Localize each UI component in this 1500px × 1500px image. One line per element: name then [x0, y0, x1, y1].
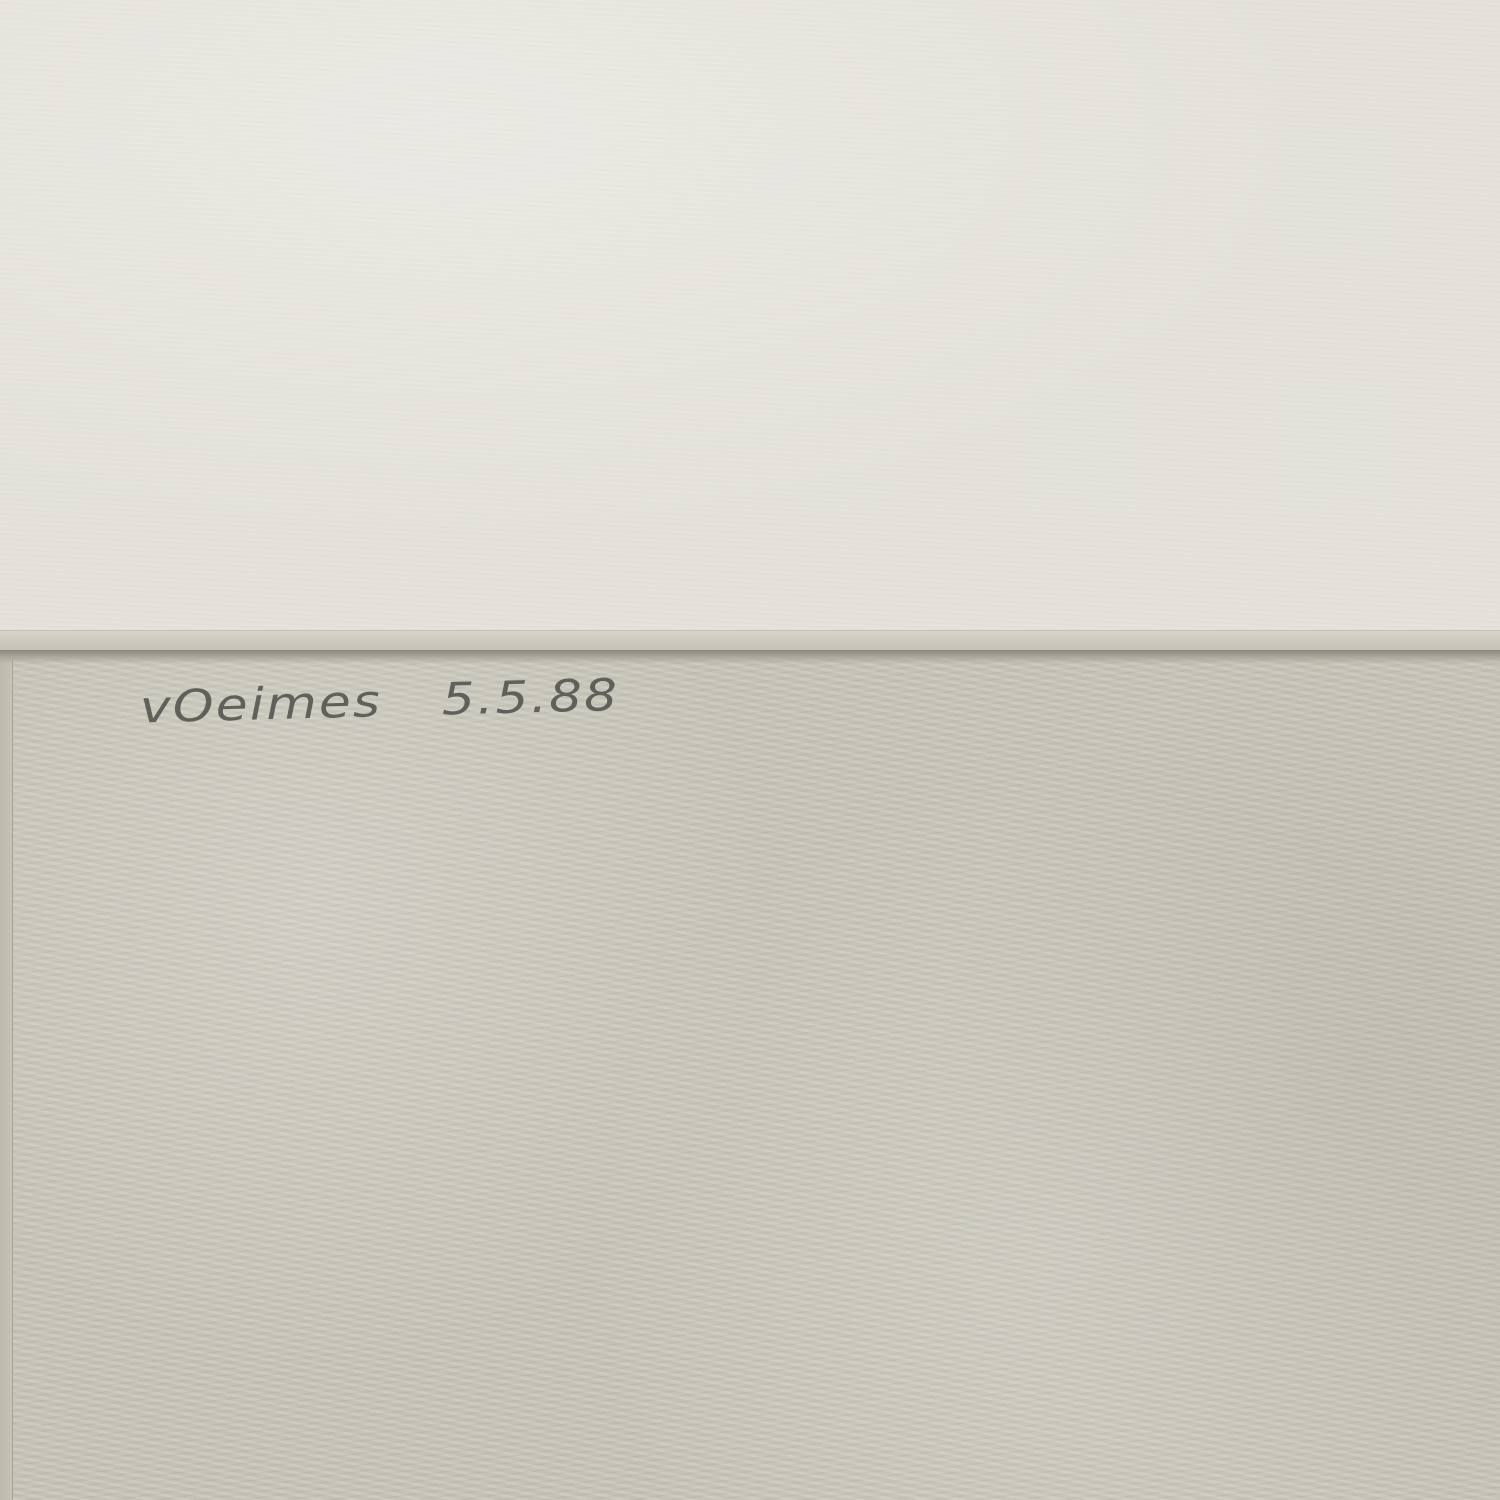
- artist-signature: vOeimes: [139, 676, 382, 733]
- mat-board: [0, 0, 1500, 630]
- mat-bevel-edge: [0, 630, 1500, 651]
- inscription-date: 5.5.88: [441, 670, 620, 726]
- paper-left-edge: [0, 650, 13, 1500]
- artwork-paper: [12, 650, 1500, 1500]
- mat-shadow: [0, 650, 1500, 664]
